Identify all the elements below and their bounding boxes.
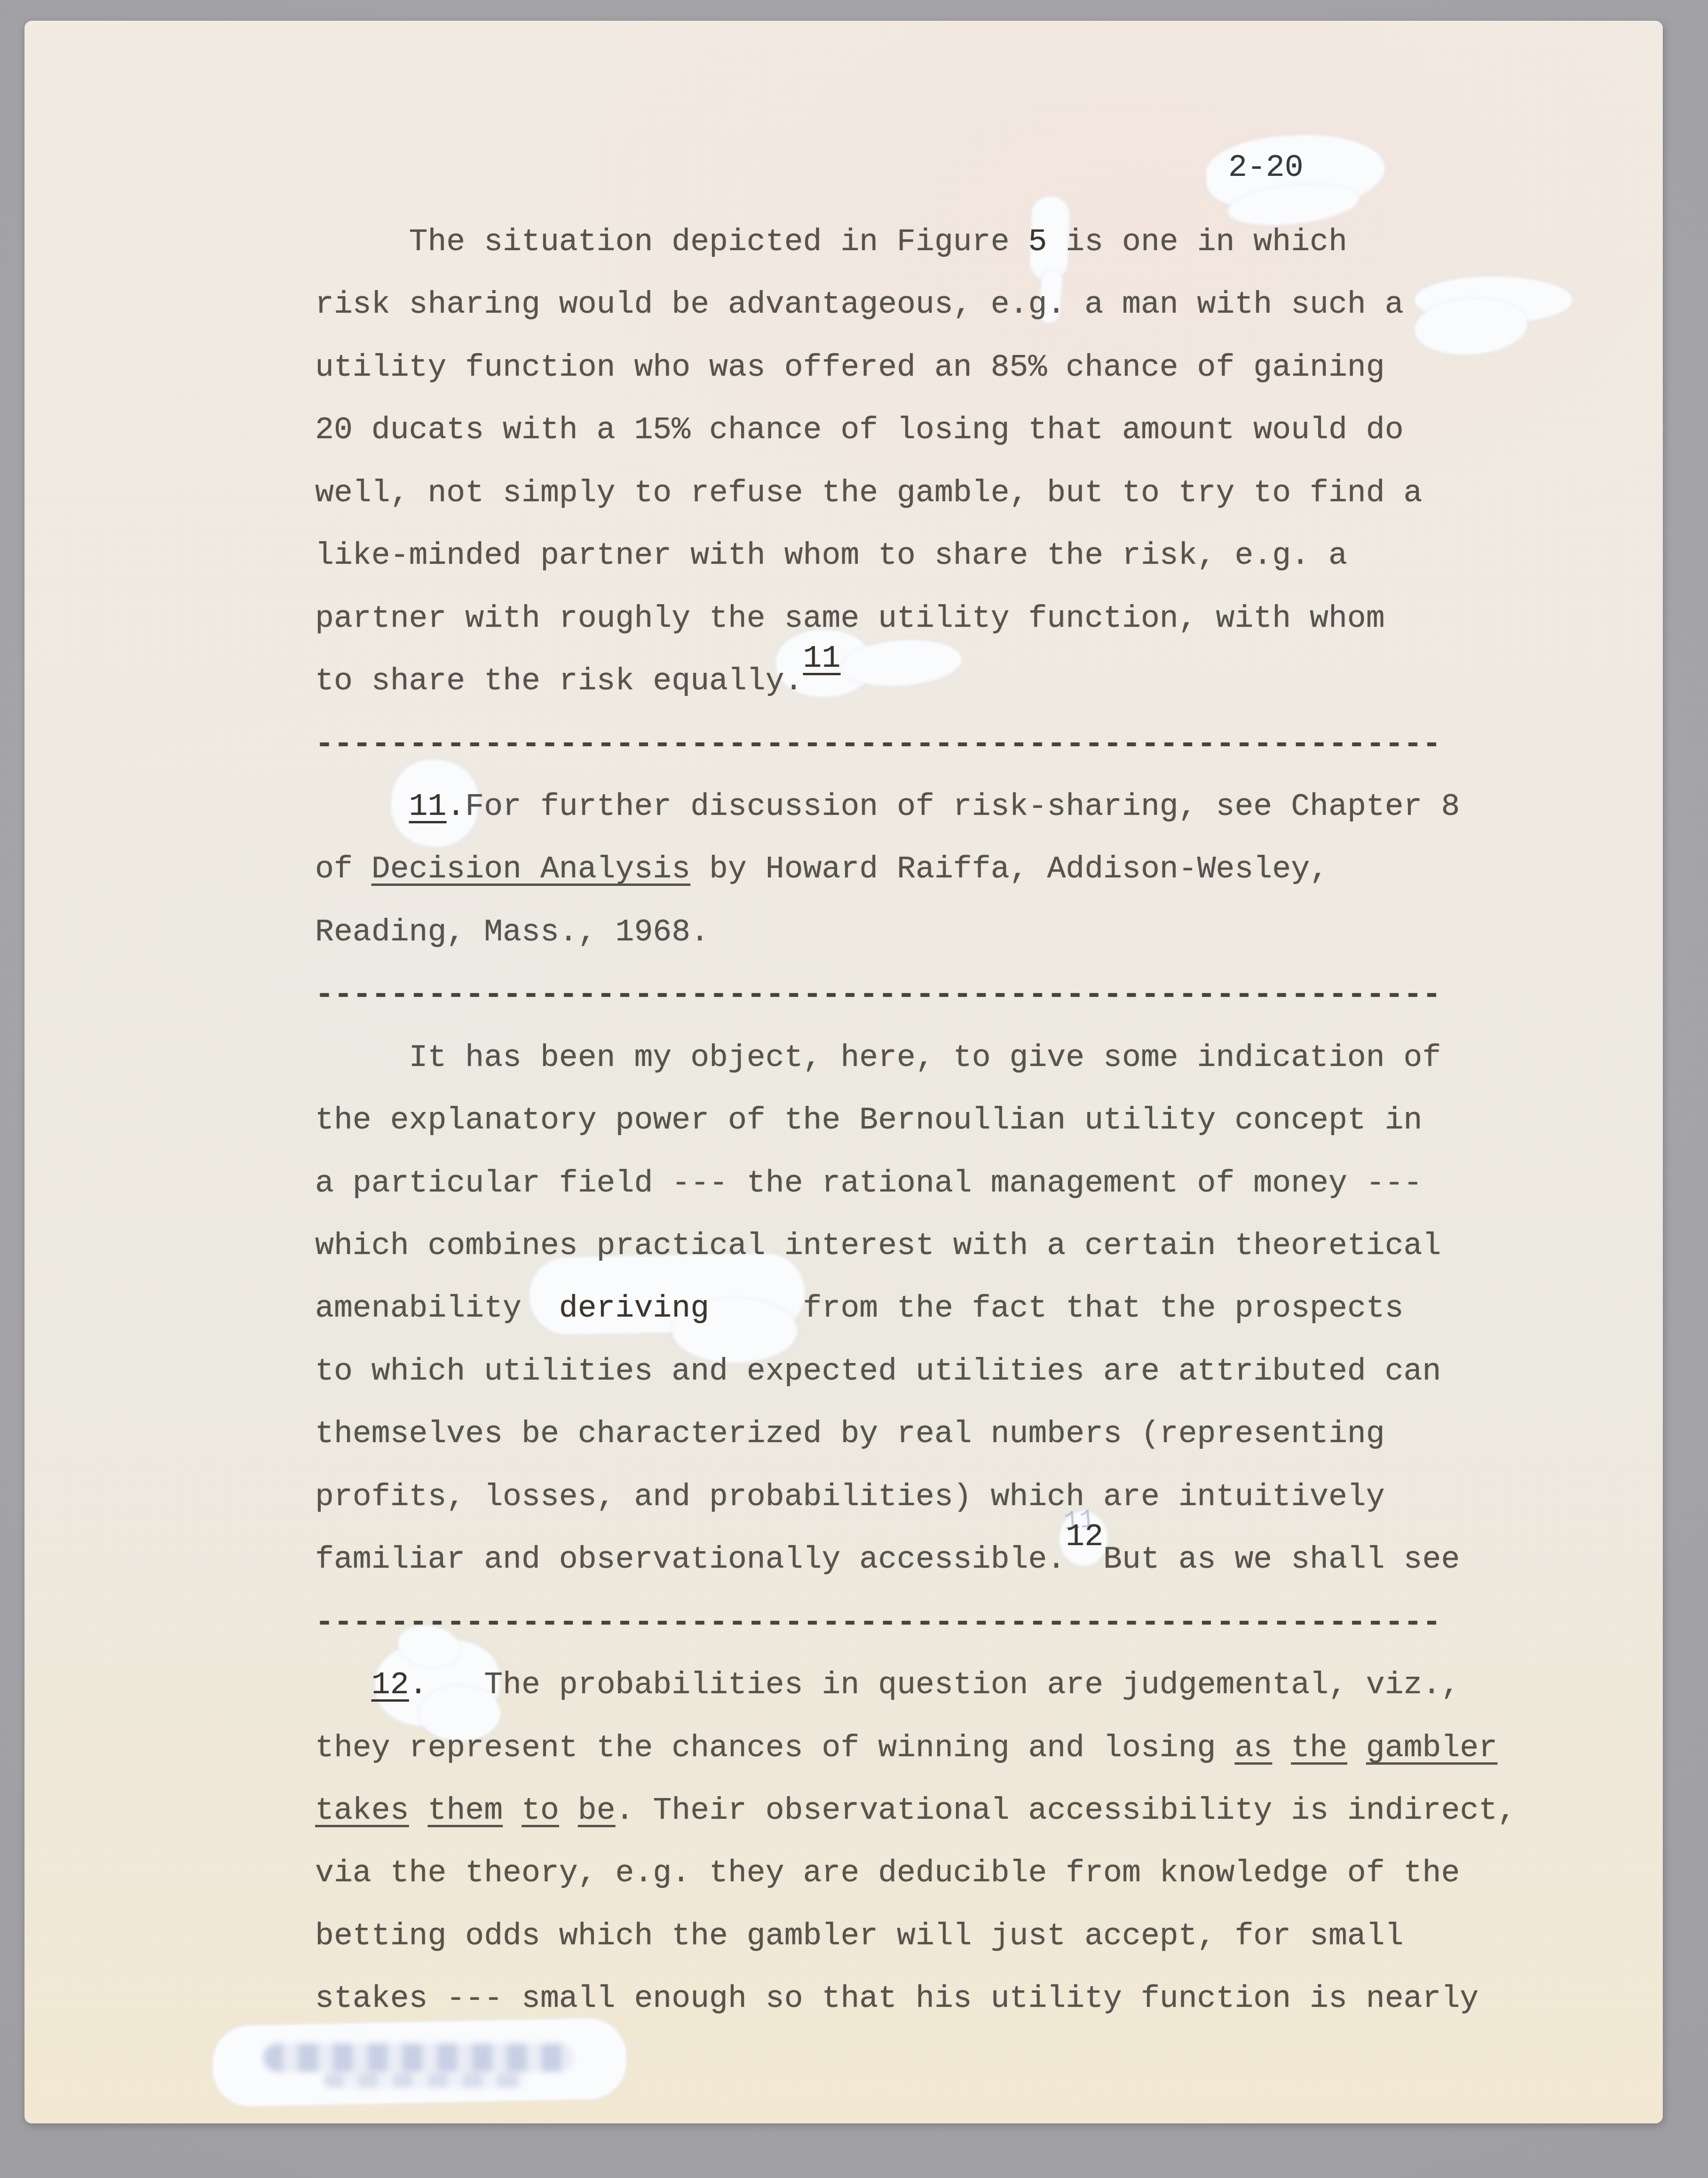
typed-line: 12. The probabilities in question are ju… (315, 1654, 1516, 1716)
typed-line: betting odds which the gambler will just… (315, 1905, 1516, 1967)
typed-line: well, not simply to refuse the gamble, b… (315, 462, 1516, 524)
separator-line: ----------------------------------------… (315, 963, 1516, 1026)
typed-line: utility function who was offered an 85% … (315, 336, 1516, 399)
separator-line: ----------------------------------------… (315, 713, 1516, 775)
typed-line: profits, losses, and probabilities) whic… (315, 1466, 1516, 1528)
typed-line: to which utilities and expected utilitie… (315, 1340, 1516, 1403)
typed-line: takes them to be. Their observational ac… (315, 1779, 1516, 1842)
typed-line: partner with roughly the same utility fu… (315, 587, 1516, 650)
typed-lines: The situation depicted in Figure 5 is on… (315, 211, 1516, 2030)
separator-line: ----------------------------------------… (315, 1591, 1516, 1654)
typed-line: they represent the chances of winning an… (315, 1717, 1516, 1779)
page-number: 2-20 (1228, 151, 1304, 184)
typed-line: Reading, Mass., 1968. (315, 901, 1516, 963)
whiteout-remnant-scribble (324, 2073, 526, 2088)
typed-line: 20 ducats with a 15% chance of losing th… (315, 399, 1516, 461)
typed-line: via the theory, e.g. they are deducible … (315, 1842, 1516, 1904)
typed-line: of Decision Analysis by Howard Raiffa, A… (315, 838, 1516, 900)
typed-line: risk sharing would be advantageous, e.g.… (315, 273, 1516, 336)
typed-line: a particular field --- the rational mana… (315, 1152, 1516, 1215)
typed-line: It has been my object, here, to give som… (315, 1026, 1516, 1089)
typed-line: familiar and observationally accessible.… (315, 1528, 1516, 1591)
whiteout-remnant-scribble (263, 2044, 574, 2072)
typed-line: like-minded partner with whom to share t… (315, 524, 1516, 587)
screenshot-root: { "page": { "number": "2-20", "separator… (0, 0, 1708, 2178)
typed-line: the explanatory power of the Bernoullian… (315, 1089, 1516, 1152)
typed-line: amenability deriving from the fact that … (315, 1277, 1516, 1340)
typed-line: to share the risk equally.11 (315, 650, 1516, 712)
typed-line: stakes --- small enough so that his util… (315, 1967, 1516, 2030)
typed-line: 11.For further discussion of risk-sharin… (315, 775, 1516, 838)
typed-line: which combines practical interest with a… (315, 1215, 1516, 1277)
typed-line: themselves be characterized by real numb… (315, 1403, 1516, 1465)
typed-line: The situation depicted in Figure 5 is on… (315, 211, 1516, 273)
